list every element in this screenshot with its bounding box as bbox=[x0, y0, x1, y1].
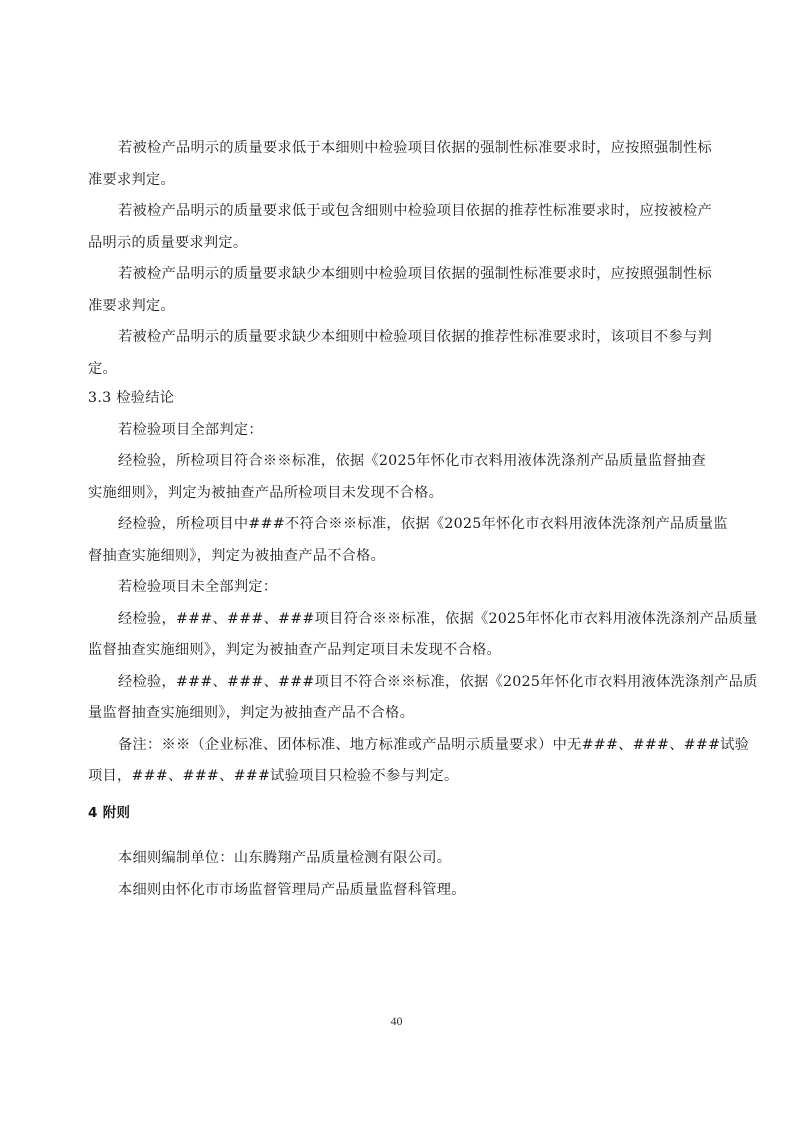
text-line: 若被检产品明示的质量要求低于本细则中检验项目依据的强制性标准要求时，应按照强制性… bbox=[118, 139, 706, 157]
text-line: 经检验，###、###、###项目不符合※※标准，依据《2025年怀化市衣料用液… bbox=[118, 673, 706, 691]
page-number: 40 bbox=[0, 1014, 793, 1029]
text-line: 准要求判定。 bbox=[88, 171, 706, 189]
text-line: 经检验，所检项目符合※※标准，依据《2025年怀化市衣料用液体洗涤剂产品质量监督… bbox=[118, 452, 706, 470]
text-line: 准要求判定。 bbox=[88, 297, 706, 315]
text-line: 若检验项目未全部判定： bbox=[118, 578, 706, 596]
section-heading-appendix: 4 附则 bbox=[88, 804, 706, 822]
paragraph-management: 本细则由怀化市市场监督管理局产品质量监督科管理。 bbox=[118, 881, 706, 899]
text-line: 备注：※※（企业标准、团体标准、地方标准或产品明示质量要求）中无###、###、… bbox=[118, 736, 706, 754]
text-line: 经检验，所检项目中###不符合※※标准，依据《2025年怀化市衣料用液体洗涤剂产… bbox=[118, 515, 706, 533]
text-line: 实施细则》，判定为被抽查产品所检项目未发现不合格。 bbox=[88, 484, 706, 502]
paragraph-compiler: 本细则编制单位：山东腾翔产品质量检测有限公司。 bbox=[118, 849, 706, 867]
text-line: 若被检产品明示的质量要求缺少本细则中检验项目依据的推荐性标准要求时，该项目不参与… bbox=[118, 328, 706, 346]
text-line: 监督抽查实施细则》，判定为被抽查产品判定项目未发现不合格。 bbox=[88, 641, 706, 659]
document-page: 若被检产品明示的质量要求低于本细则中检验项目依据的强制性标准要求时，应按照强制性… bbox=[0, 0, 793, 1122]
text-line: 定。 bbox=[88, 360, 706, 378]
text-line: 若被检产品明示的质量要求低于或包含细则中检验项目依据的推荐性标准要求时，应按被检… bbox=[118, 202, 706, 220]
text-line: 经检验，###、###、###项目符合※※标准，依据《2025年怀化市衣料用液体… bbox=[118, 610, 706, 628]
section-heading-conclusion: 3.3 检验结论 bbox=[88, 389, 706, 407]
text-line: 项目，###、###、###试验项目只检验不参与判定。 bbox=[88, 767, 706, 785]
text-line: 品明示的质量要求判定。 bbox=[88, 234, 706, 252]
text-line: 若被检产品明示的质量要求缺少本细则中检验项目依据的强制性标准要求时，应按照强制性… bbox=[118, 265, 706, 283]
text-line: 若检验项目全部判定： bbox=[118, 421, 706, 439]
text-line: 督抽查实施细则》，判定为被抽查产品不合格。 bbox=[88, 547, 706, 565]
text-line: 量监督抽查实施细则》，判定为被抽查产品不合格。 bbox=[88, 704, 706, 722]
